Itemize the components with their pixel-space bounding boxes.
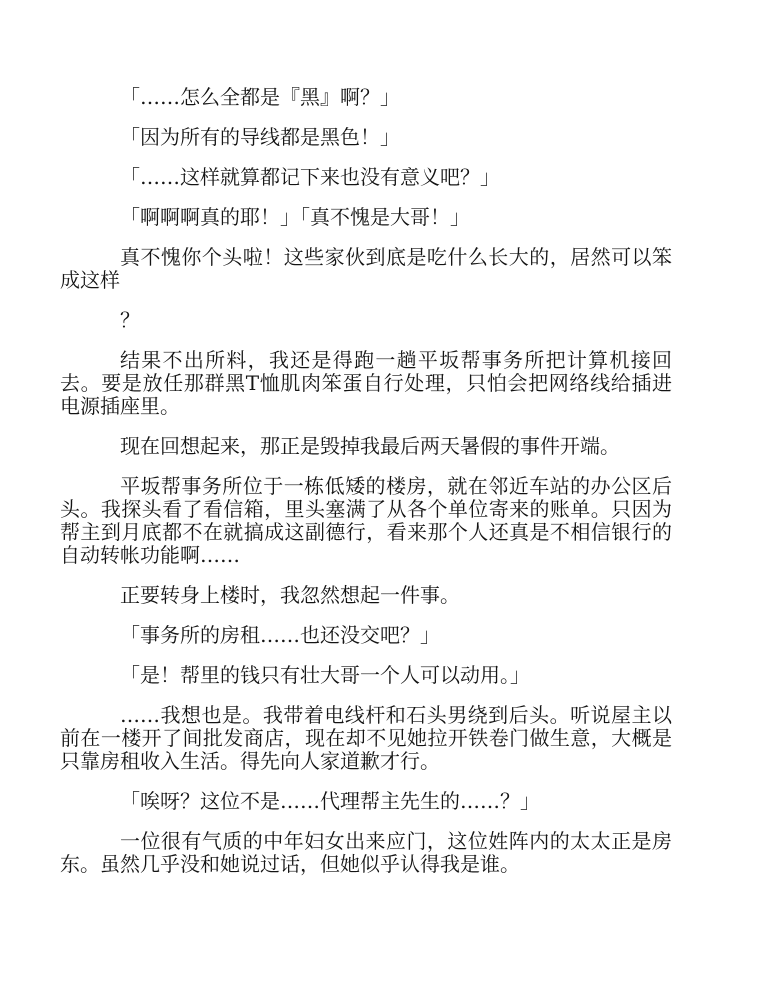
narration-paragraph: 正要转身上楼时，我忽然想起一件事。 (60, 584, 672, 607)
narration-paragraph: 真不愧你个头啦！这些家伙到底是吃什么长大的，居然可以笨成这样 (60, 246, 672, 292)
dialogue-paragraph: 「事务所的房租……也还没交吧？」 (60, 624, 672, 647)
dialogue-paragraph: 「因为所有的导线都是黑色！」 (60, 126, 672, 149)
narration-paragraph: 平坂帮事务所位于一栋低矮的楼房，就在邻近车站的办公区后头。我探头看了看信箱，里头… (60, 475, 672, 567)
narration-paragraph: 现在回想起来，那正是毁掉我最后两天暑假的事件开端。 (60, 435, 672, 458)
narration-paragraph: 结果不出所料，我还是得跑一趟平坂帮事务所把计算机接回去。要是放任那群黑T恤肌肉笨… (60, 349, 672, 418)
narration-paragraph: ……我想也是。我带着电线杆和石头男绕到后头。听说屋主以前在一楼开了间批发商店，现… (60, 704, 672, 773)
dialogue-paragraph: 「啊啊啊真的耶！」「真不愧是大哥！」 (60, 206, 672, 229)
novel-page: 「……怎么全都是『黑』啊？」 「因为所有的导线都是黑色！」 「……这样就算都记下… (0, 0, 765, 990)
dialogue-paragraph: 「……怎么全都是『黑』啊？」 (60, 86, 672, 109)
narration-paragraph: ？ (60, 309, 672, 332)
dialogue-paragraph: 「唉呀？这位不是……代理帮主先生的……？」 (60, 790, 672, 813)
narration-paragraph: 一位很有气质的中年妇女出来应门，这位姓阵内的太太正是房东。虽然几乎没和她说过话，… (60, 830, 672, 876)
dialogue-paragraph: 「……这样就算都记下来也没有意义吧？」 (60, 166, 672, 189)
text-block: 「……怎么全都是『黑』啊？」 「因为所有的导线都是黑色！」 「……这样就算都记下… (60, 86, 672, 893)
dialogue-paragraph: 「是！帮里的钱只有壮大哥一个人可以动用。」 (60, 664, 672, 687)
